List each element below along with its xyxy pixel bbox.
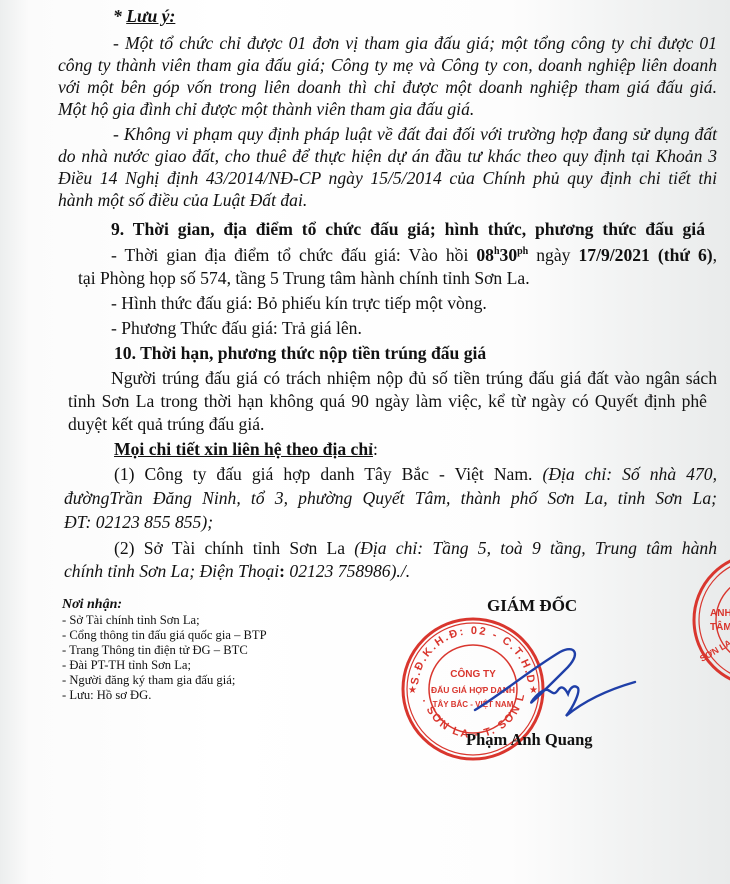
note-heading: * Lưu ý: <box>113 5 175 27</box>
contact-2-name: (2) Sở Tài chính tỉnh Sơn La <box>114 538 354 558</box>
contact-2-line2: chính tỉnh Sơn La; Điện Thoại: 02123 758… <box>64 560 410 582</box>
recipient-item: - Trang Thông tin điện tử ĐG – BTC <box>62 643 267 658</box>
signer-name: Phạm Anh Quang <box>466 730 593 750</box>
recipient-item: - Đài PT-TH tỉnh Sơn La; <box>62 658 267 673</box>
section9-time-mid: ngày <box>528 245 578 265</box>
section9-heading: 9. Thời gian, địa điểm tổ chức đấu giá; … <box>111 218 705 240</box>
note-para1-line1: - Một tổ chức chỉ được 01 đơn vị tham gi… <box>113 32 717 54</box>
contact-1-name: (1) Công ty đấu giá hợp danh Tây Bắc - V… <box>114 464 542 484</box>
section10-heading: 10. Thời hạn, phương thức nộp tiền trúng… <box>114 342 486 364</box>
section9-time-min: 30 <box>500 245 518 265</box>
recipient-item: - Lưu: Hồ sơ ĐG. <box>62 688 267 703</box>
note-para2-line2: do nhà nước giao đất, cho thuê để thực h… <box>58 145 717 167</box>
section9-time-suffix: , <box>713 245 717 265</box>
contact-1-line3: ĐT: 02123 855 855); <box>64 511 213 533</box>
contact-2-phone: 02123 758986)./. <box>285 561 410 581</box>
recipient-item: - Cổng thông tin đấu giá quốc gia – BTP <box>62 628 267 643</box>
section9-time-hour: 08 <box>476 245 494 265</box>
svg-text:TÂM: TÂM <box>710 620 730 633</box>
contact-2-line1: (2) Sở Tài chính tỉnh Sơn La (Địa chỉ: T… <box>114 537 717 559</box>
signature <box>470 640 640 730</box>
note-asterisk: * <box>113 6 126 26</box>
contact-2-address-end: chính tỉnh Sơn La; Điện Thoại <box>64 561 279 581</box>
section10-line1: Người trúng đấu giá có trách nhiệm nộp đ… <box>111 367 717 389</box>
partial-seal-icon: ANH TÂM SƠN LA <box>680 550 730 690</box>
document-page: * Lưu ý: - Một tổ chức chỉ được 01 đơn v… <box>0 0 730 884</box>
svg-text:★: ★ <box>408 685 417 696</box>
contact-heading-text: Mọi chi tiết xin liên hệ theo địa chỉ <box>114 439 373 459</box>
section9-location: tại Phòng họp số 574, tầng 5 Trung tâm h… <box>78 267 530 289</box>
section10-line3: duyệt kết quả trúng đấu giá. <box>68 413 264 435</box>
contact-heading: Mọi chi tiết xin liên hệ theo địa chỉ: <box>114 438 378 460</box>
note-heading-text: Lưu ý: <box>126 6 175 26</box>
section9-method: - Phương Thức đấu giá: Trả giá lên. <box>111 317 362 339</box>
contact-1-line2: đườngTrần Đăng Ninh, tổ 3, phường Quyết … <box>64 487 717 509</box>
contact-2-address-start: (Địa chỉ: Tầng 5, toà 9 tầng, Trung tâm … <box>354 538 717 558</box>
section9-time-prefix: - Thời gian địa điểm tổ chức đấu giá: Và… <box>111 245 476 265</box>
section9-time-date: 17/9/2021 (thứ 6) <box>578 245 712 265</box>
recipients-block: Nơi nhận: - Sở Tài chính tỉnh Sơn La; - … <box>62 597 267 703</box>
note-para1-line4: Một hộ gia đình chỉ được một thành viên … <box>58 98 474 120</box>
note-para1-line2: công ty thành viên tham gia đấu giá; Côn… <box>58 54 717 76</box>
contact-1-address-start: (Địa chỉ: Số nhà 470, <box>542 464 717 484</box>
note-para1-line3: với một bên góp vốn trong liên doanh thì… <box>58 76 717 98</box>
svg-text:ANH: ANH <box>710 608 730 619</box>
note-para2-line3: Điều 14 Nghị định 43/2014/NĐ-CP ngày 15/… <box>58 167 717 189</box>
signature-scribble-icon <box>470 640 640 730</box>
note-para2-line1: - Không vi phạm quy định pháp luật về đấ… <box>113 123 717 145</box>
recipients-title: Nơi nhận: <box>62 597 267 613</box>
contact-heading-colon: : <box>373 439 378 459</box>
signer-title: GIÁM ĐỐC <box>487 596 577 616</box>
section9-time: - Thời gian địa điểm tổ chức đấu giá: Và… <box>111 244 717 266</box>
section10-line2: tỉnh Sơn La trong thời hạn không quá 90 … <box>68 390 707 412</box>
note-para2-line4: hành một số điều của Luật Đất đai. <box>58 189 307 211</box>
recipient-item: - Người đăng ký tham gia đấu giá; <box>62 673 267 688</box>
recipient-item: - Sở Tài chính tỉnh Sơn La; <box>62 613 267 628</box>
contact-1-line1: (1) Công ty đấu giá hợp danh Tây Bắc - V… <box>114 463 717 485</box>
section9-time-ph: ph <box>517 246 528 257</box>
partial-stamp: ANH TÂM SƠN LA <box>680 550 730 690</box>
section9-form: - Hình thức đấu giá: Bỏ phiếu kín trực t… <box>111 292 487 314</box>
